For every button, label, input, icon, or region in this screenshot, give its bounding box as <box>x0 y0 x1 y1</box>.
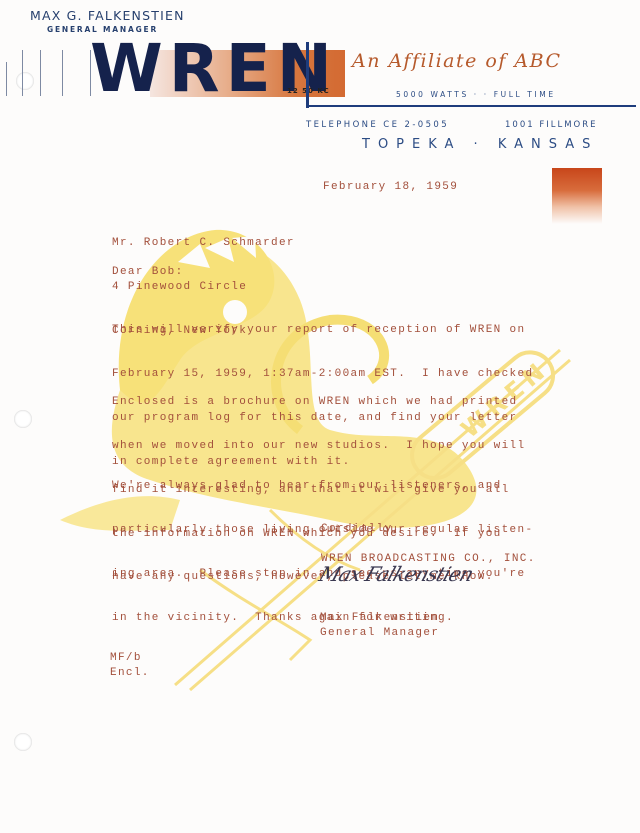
letter-date: February 18, 1959 <box>323 180 458 195</box>
station-city: TOPEKA · KANSAS <box>362 137 598 152</box>
enclosure-note: Encl. <box>110 666 150 681</box>
letterhead-vertical-rule <box>306 42 309 108</box>
paragraph-line: Enclosed is a brochure on WREN which we … <box>112 395 525 410</box>
recipient-line: Mr. Robert C. Schmarder <box>112 236 295 251</box>
handwritten-signature: Max Falkenstien <box>316 562 476 586</box>
station-street-address: 1001 FILLMORE <box>505 120 598 130</box>
hole-punch <box>14 410 32 428</box>
decorative-rule <box>40 50 41 96</box>
typist-initials: MF/b <box>110 651 142 666</box>
recipient-line: 4 Pinewood Circle <box>112 280 295 295</box>
signer-name: Max Falkenstien <box>320 611 439 626</box>
letterhead-horizontal-rule <box>306 105 636 107</box>
signer-title: General Manager <box>320 626 439 641</box>
hole-punch <box>14 733 32 751</box>
decorative-rule <box>62 50 63 96</box>
letterhead-manager-name: MAX G. FALKENSTIEN <box>30 8 185 23</box>
station-telephone: TELEPHONE CE 2-0505 <box>306 120 449 130</box>
decorative-rule <box>6 62 7 96</box>
decorative-rule <box>22 50 23 96</box>
closing: Cordially, <box>321 522 401 537</box>
decorative-color-swatch <box>552 168 602 224</box>
paragraph-line: This will verify your report of receptio… <box>112 323 533 338</box>
station-power: 5000 WATTS · · FULL TIME <box>396 90 556 99</box>
network-affiliation: An Affiliate of ABC <box>352 50 562 72</box>
salutation: Dear Bob: <box>112 265 184 280</box>
paragraph-line: We're always glad to hear from our liste… <box>112 479 533 494</box>
hole-punch <box>16 72 34 90</box>
